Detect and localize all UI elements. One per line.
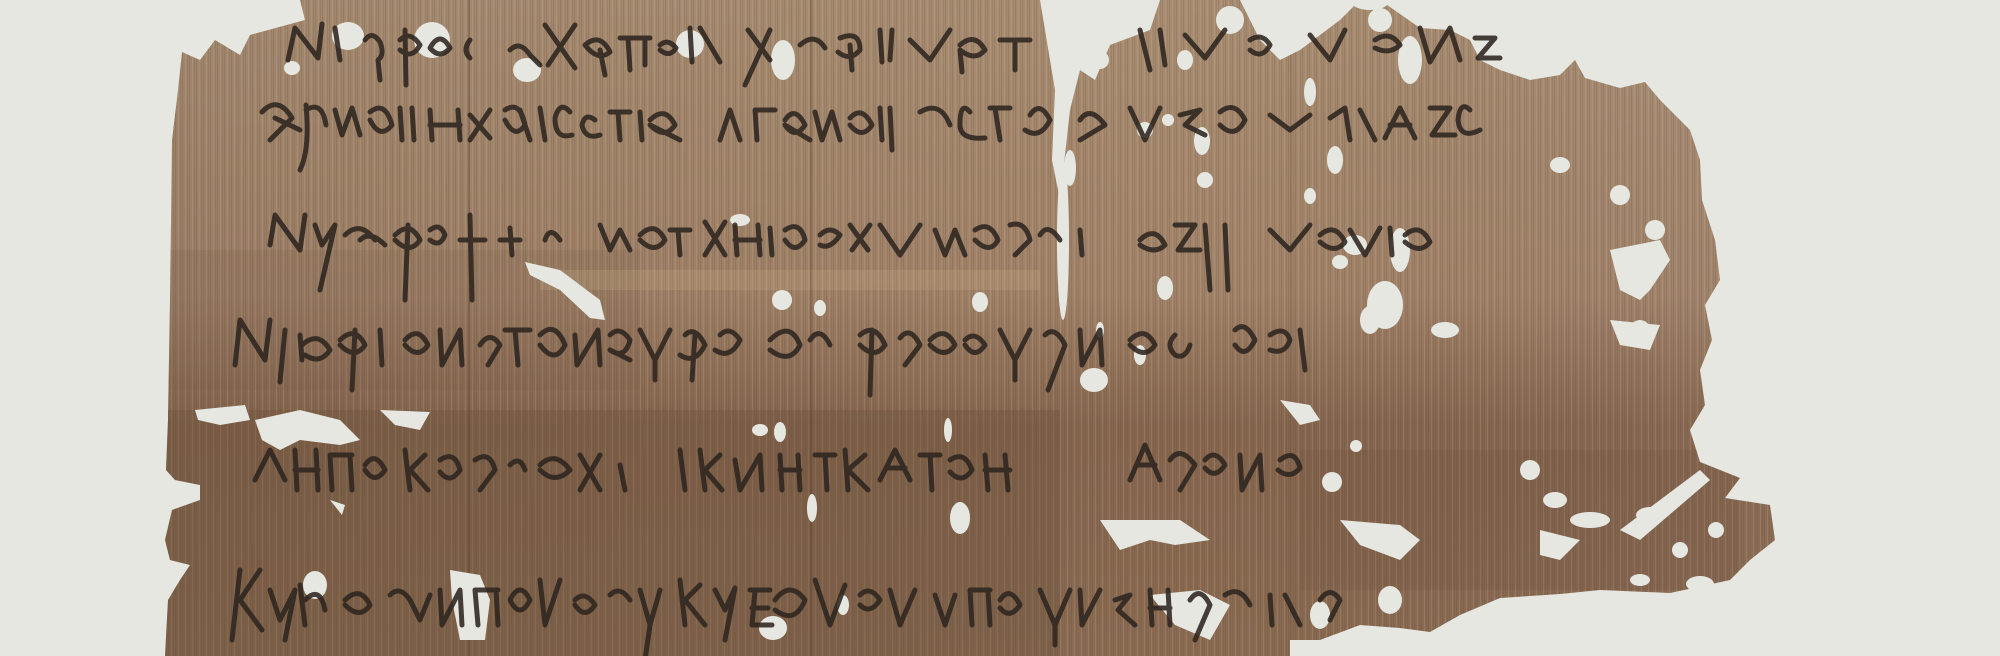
papyrus-fragment bbox=[0, 0, 2000, 656]
photo-scene: ΝΥΜΦΙΟΣ ΣΥΧΑΡΟΠΟΣ ΙΛΥΚΕΡΑ ΙΝ ΝΥΜΦΙΟΣ ΗΔ … bbox=[0, 0, 2000, 656]
